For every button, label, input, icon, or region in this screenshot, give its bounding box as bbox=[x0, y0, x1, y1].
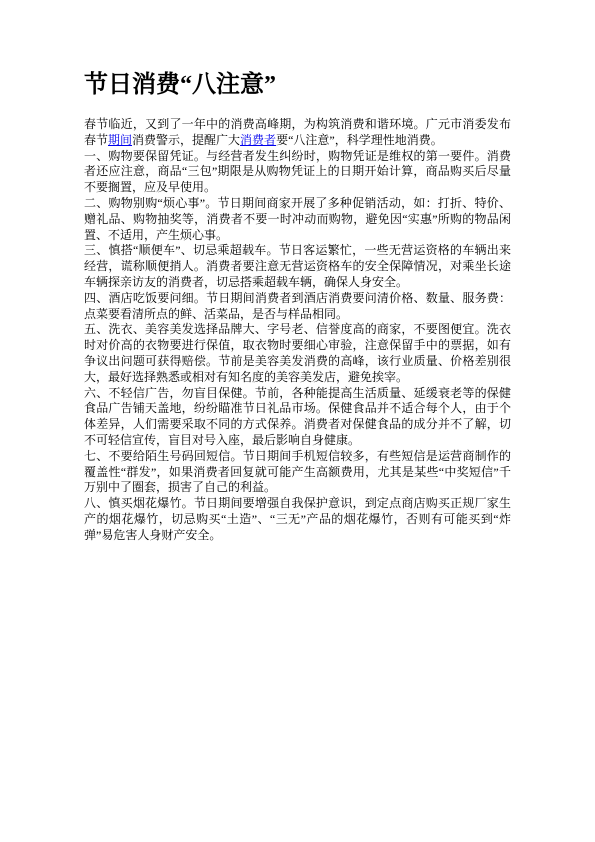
document-page: 节日消费“八注意” 春节临近，又到了一年中的消费高峰期，为构筑消费和谐环境。广元… bbox=[0, 0, 595, 842]
intro-text-segment-2: 消费警示，提醒广大 bbox=[132, 133, 240, 147]
notice-item-6: 六、不轻信广告，勿盲目保健。节前，各种能提高生活质量、延缓衰老等的保健食品广告铺… bbox=[84, 386, 511, 449]
intro-text-segment-3: 要“八注意”，科学理性地消费。 bbox=[276, 133, 443, 147]
period-link[interactable]: 期间 bbox=[108, 133, 132, 147]
notice-item-3: 三、慎搭“顺便车”、切忌乘超载车。节日客运繁忙，一些无营运资格的车辆出来经营，谎… bbox=[84, 243, 511, 290]
notice-item-5: 五、洗衣、美容美发选择品牌大、字号老、信誉度高的商家，不要图便宜。洗衣时对价高的… bbox=[84, 322, 511, 385]
notice-item-4: 四、酒店吃饭要问细。节日期间消费者到酒店消费要问清价格、数量、服务费：点菜要看清… bbox=[84, 291, 511, 323]
notice-item-8: 八、慎买烟花爆竹。节日期间要增强自我保护意识，到定点商店购买正规厂家生产的烟花爆… bbox=[84, 496, 511, 543]
notice-item-2: 二、购物别购“烦心事”。节日期间商家开展了多种促销活动，如：打折、特价、赠礼品、… bbox=[84, 196, 511, 243]
intro-paragraph: 春节临近，又到了一年中的消费高峰期，为构筑消费和谐环境。广元市消委发布春节期间消… bbox=[84, 117, 511, 149]
notice-item-7: 七、不要给陌生号码回短信。节日期间手机短信较多，有些短信是运营商制作的覆盖性“群… bbox=[84, 449, 511, 496]
document-title: 节日消费“八注意” bbox=[84, 70, 511, 100]
notice-item-1: 一、购物要保留凭证。与经营者发生纠纷时，购物凭证是维权的第一要件。消费者还应注意… bbox=[84, 149, 511, 196]
consumer-link[interactable]: 消费者 bbox=[240, 133, 276, 147]
